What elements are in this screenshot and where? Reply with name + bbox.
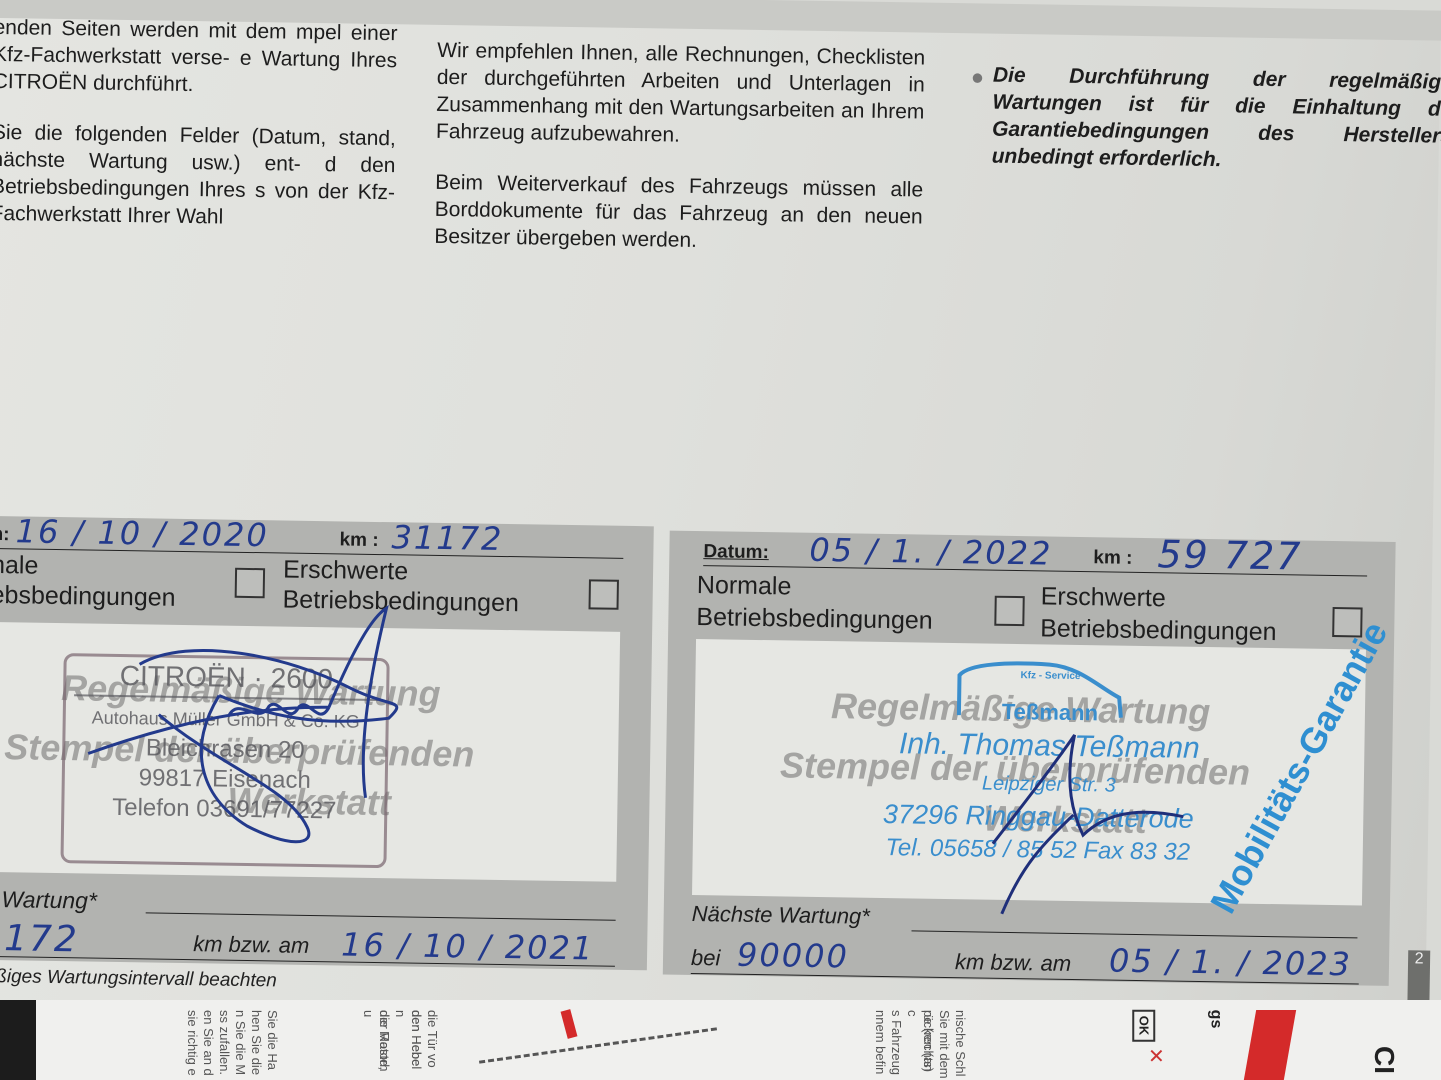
under-text-right-2: s Fahrzeug [888, 1010, 904, 1075]
under-text-left-2: en Sie an d [200, 1010, 216, 1076]
bullet-icon: ● [971, 63, 985, 90]
under-text-left-4: n Sie die M [232, 1010, 248, 1075]
fragment: nische Schl [953, 1010, 968, 1076]
next-service-underline [146, 912, 616, 920]
intro-left-paragraph-1: enden Seiten werden mit dem mpel einer K… [0, 14, 398, 101]
hard-label-line-1: Erschwerte [1041, 580, 1278, 616]
next-date-label: km bzw. am [955, 949, 1072, 977]
next-date-label: km bzw. am [193, 931, 310, 959]
normal-label-line-1: nale [0, 550, 176, 583]
service-booklet-page: enden Seiten werden mit dem mpel einer K… [0, 0, 1441, 1033]
fragment: sie richtig e [185, 1010, 200, 1076]
under-text-left-1: sie richtig e [184, 1010, 200, 1076]
normal-label-line-1: Normale [697, 569, 934, 605]
warranty-note: ● Die Durchführung der regelmäßige Wartu… [991, 62, 1441, 177]
warranty-note-text: Die Durchführung der regelmäßige Wartung… [991, 64, 1441, 172]
service-entry-2: Datum: 05 / 1. / 2022 km : 59 727 Normal… [663, 531, 1396, 986]
fragment: die Motorh [377, 1010, 392, 1071]
under-text-mid-4: den Hebe [408, 1010, 424, 1066]
dark-background [0, 1000, 36, 1080]
intro-middle-column: Wir empfehlen Ihnen, alle Rechnungen, Ch… [434, 37, 926, 282]
next-service-label: Nächste Wartung* [692, 901, 871, 930]
brand-fragment: CI [1368, 1046, 1400, 1074]
hard-label-line-1: Erschwerte [283, 555, 520, 589]
fragment: n Sie die M [233, 1010, 248, 1075]
underlying-page: sie richtig e en Sie an d ss zufallen. n… [0, 1000, 1441, 1080]
under-text-right-4: rücken (an [920, 1010, 936, 1071]
normal-label-line-2: Betriebsbedingungen [696, 601, 933, 637]
date-label: Datum: [703, 541, 769, 564]
under-text-right-1: nnem befin [872, 1010, 888, 1074]
x-mark-icon: ✕ [1148, 1044, 1165, 1069]
next-km-value[interactable]: 90000 [737, 936, 849, 976]
under-text-right-6: nische Schl [952, 1010, 968, 1076]
next-date-value[interactable]: 05 / 1. / 2023 [1109, 942, 1353, 984]
next-service-row: te Wartung* [0, 886, 648, 897]
next-service-underline [911, 930, 1357, 938]
intro-middle-paragraph-1: Wir empfehlen Ihnen, alle Rechnungen, Ch… [436, 37, 926, 153]
hard-label-line-2: Betriebsbedingungen [1040, 612, 1277, 648]
km-value[interactable]: 31172 [391, 518, 503, 558]
service-entry-1: n: 16 / 10 / 2020 km : 31172 nale ebsbed… [0, 516, 654, 971]
workshop-stamp-area: Regelmäßige Wartung Stempel der überprüf… [692, 639, 1366, 905]
under-text-mid-5: die Tür vo [424, 1010, 440, 1068]
fragment: s Fahrzeug [889, 1010, 904, 1075]
hard-conditions-label: Erschwerte Betriebsbedingungen [1040, 580, 1277, 648]
ok-label: OK [1132, 1010, 1155, 1042]
next-service-values-row: bei 90000 km bzw. am 05 / 1. / 2023 [663, 939, 1389, 950]
red-marker [561, 1009, 578, 1039]
signature-1 [0, 592, 621, 862]
red-band [1244, 1010, 1296, 1080]
signature-2 [922, 713, 1225, 918]
intro-left-paragraph-2: Sie die folgenden Felder (Datum, stand, … [0, 119, 396, 233]
fragment: en Sie an d [201, 1010, 216, 1076]
under-text-left-5: hen Sie die [248, 1010, 264, 1075]
fragment: Sie die Ha [265, 1010, 280, 1070]
normal-conditions-label: Normale Betriebsbedingungen [696, 569, 933, 637]
fragment: hen Sie die [249, 1010, 264, 1075]
next-service-label: te Wartung* [0, 886, 97, 915]
km-label: km : [339, 529, 378, 552]
fragment: den Hebe [409, 1010, 424, 1066]
date-label: n: [0, 524, 10, 546]
under-text-left-3: ss zufallen. [216, 1010, 232, 1075]
normal-conditions-checkbox[interactable] [235, 568, 265, 598]
km-label: km : [1093, 547, 1132, 570]
next-service-values-row: 1172 km bzw. am 16 / 10 / 2021 [0, 924, 647, 935]
date-value[interactable]: 05 / 1. / 2022 [809, 531, 1053, 573]
workshop-stamp-area: Regelmäßige Wartung Stempel der überprüf… [0, 622, 620, 882]
fragment: rücken (an [921, 1010, 936, 1071]
fragment: nnem befin [873, 1010, 888, 1074]
intro-left-column: enden Seiten werden mit dem mpel einer K… [0, 14, 398, 257]
heading-fragment: gs [1206, 1010, 1224, 1029]
next-km-prefix: bei [691, 945, 721, 971]
fragment: Sie mit dem [937, 1010, 952, 1079]
under-text-mid-2: die Motorh [376, 1010, 392, 1071]
under-text-right-5: Sie mit dem [936, 1010, 952, 1079]
next-km-value[interactable]: 1172 [0, 918, 79, 961]
under-text-left-6: Sie die Ha [264, 1010, 280, 1070]
dashed-line [479, 1027, 717, 1063]
interval-footnote: äßiges Wartungsintervall beachten [0, 966, 277, 993]
normal-conditions-checkbox[interactable] [994, 596, 1024, 626]
km-value[interactable]: 59 727 [1157, 532, 1303, 578]
intro-middle-paragraph-2: Beim Weiterverkauf des Fahrzeugs müssen … [434, 169, 923, 258]
fragment: ss zufallen. [217, 1010, 232, 1075]
fragment: die Tür vo [425, 1010, 440, 1068]
